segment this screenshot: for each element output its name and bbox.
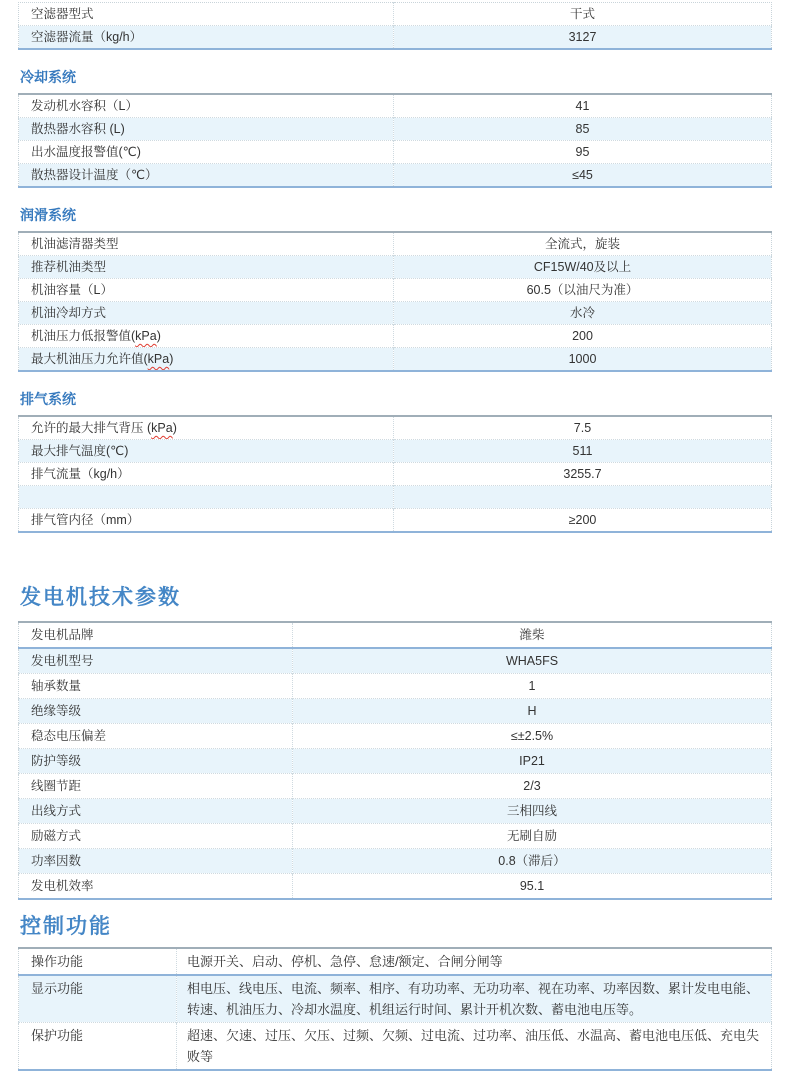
spec-label: 最大机油压力允许值(kPa): [19, 348, 394, 372]
spec-label: 显示功能: [19, 975, 177, 1023]
table-row: 散热器水容积 (L) 85: [19, 118, 772, 141]
spec-value: 95.1: [293, 874, 772, 900]
section-heading-generator: 发电机技术参数: [20, 585, 772, 609]
table-row: 发动机水容积（L） 41: [19, 94, 772, 118]
table-row: 最大排气温度(℃) 511: [19, 440, 772, 463]
table-row: 允许的最大排气背压 (kPa) 7.5: [19, 416, 772, 440]
table-row: 发电机型号 WHA5FS: [19, 648, 772, 674]
spec-value: 95: [394, 141, 772, 164]
control-table: 操作功能 电源开关、启动、停机、急停、怠速/额定、合闸分闸等 显示功能 相电压、…: [18, 947, 772, 1071]
table-row: 稳态电压偏差 ≤±2.5%: [19, 724, 772, 749]
spec-value: 1: [293, 674, 772, 699]
cooling-table: 发动机水容积（L） 41 散热器水容积 (L) 85 出水温度报警值(℃) 95…: [18, 93, 772, 188]
spec-value: 潍柴: [293, 622, 772, 648]
spec-label: 出水温度报警值(℃): [19, 141, 394, 164]
spec-label: 发电机型号: [19, 648, 293, 674]
spec-value: 2/3: [293, 774, 772, 799]
table-row: 励磁方式 无刷自励: [19, 824, 772, 849]
spec-value: 511: [394, 440, 772, 463]
spec-value: 3127: [394, 26, 772, 50]
spec-label: 功率因数: [19, 849, 293, 874]
generator-table: 发电机品牌 潍柴 发电机型号 WHA5FS 轴承数量 1 绝缘等级 H 稳态电压…: [18, 621, 772, 900]
table-row: 最大机油压力允许值(kPa) 1000: [19, 348, 772, 372]
spec-label: 机油冷却方式: [19, 302, 394, 325]
spec-label: 发动机水容积（L）: [19, 94, 394, 118]
table-row: 推荐机油类型 CF15W/40及以上: [19, 256, 772, 279]
table-row: 发电机品牌 潍柴: [19, 622, 772, 648]
table-row: 绝缘等级 H: [19, 699, 772, 724]
spec-value: 全流式，旋装: [394, 232, 772, 256]
spec-label: 排气流量（kg/h）: [19, 463, 394, 486]
spec-value: 3255.7: [394, 463, 772, 486]
table-row: 功率因数 0.8（滞后）: [19, 849, 772, 874]
spec-value: 60.5（以油尺为准）: [394, 279, 772, 302]
spec-value: WHA5FS: [293, 648, 772, 674]
spec-value: 水冷: [394, 302, 772, 325]
lubrication-table: 机油滤清器类型 全流式，旋装 推荐机油类型 CF15W/40及以上 机油容量（L…: [18, 231, 772, 372]
table-row: 显示功能 相电压、线电压、电流、频率、相序、有功功率、无功功率、视在功率、功率因…: [19, 975, 772, 1023]
table-row: 排气管内径（mm） ≥200: [19, 509, 772, 533]
spec-label: 机油容量（L）: [19, 279, 394, 302]
table-row: 散热器设计温度（℃） ≤45: [19, 164, 772, 188]
spec-label: 励磁方式: [19, 824, 293, 849]
spec-value: 7.5: [394, 416, 772, 440]
spec-label: 绝缘等级: [19, 699, 293, 724]
spec-label: 散热器设计温度（℃）: [19, 164, 394, 188]
spec-label: 轴承数量: [19, 674, 293, 699]
spec-value: 相电压、线电压、电流、频率、相序、有功功率、无功功率、视在功率、功率因数、累计发…: [177, 975, 772, 1023]
spec-value: 超速、欠速、过压、欠压、过频、欠频、过电流、过功率、油压低、水温高、蓄电池电压低…: [177, 1023, 772, 1071]
spec-label: 排气管内径（mm）: [19, 509, 394, 533]
spec-value: 85: [394, 118, 772, 141]
spec-value: 干式: [394, 3, 772, 26]
spec-value: 1000: [394, 348, 772, 372]
section-heading-control: 控制功能: [20, 914, 772, 938]
spec-value: H: [293, 699, 772, 724]
spec-label: 线圈节距: [19, 774, 293, 799]
spec-value: 无刷自励: [293, 824, 772, 849]
spec-label: 出线方式: [19, 799, 293, 824]
spec-label: 防护等级: [19, 749, 293, 774]
spec-label: 机油滤清器类型: [19, 232, 394, 256]
table-row: 机油冷却方式 水冷: [19, 302, 772, 325]
spec-value: CF15W/40及以上: [394, 256, 772, 279]
spec-value: 三相四线: [293, 799, 772, 824]
table-row: 机油滤清器类型 全流式，旋装: [19, 232, 772, 256]
table-row: 空滤器流量（kg/h） 3127: [19, 26, 772, 50]
spec-value: 0.8（滞后）: [293, 849, 772, 874]
spec-label: [19, 486, 394, 509]
spec-label: 空滤器流量（kg/h）: [19, 26, 394, 50]
table-row-empty: [19, 486, 772, 509]
spec-label: 发电机效率: [19, 874, 293, 900]
table-row: 防护等级 IP21: [19, 749, 772, 774]
spec-value: ≥200: [394, 509, 772, 533]
spec-value: ≤45: [394, 164, 772, 188]
table-row: 线圈节距 2/3: [19, 774, 772, 799]
spec-value: ≤±2.5%: [293, 724, 772, 749]
spec-value: IP21: [293, 749, 772, 774]
spec-label: 稳态电压偏差: [19, 724, 293, 749]
spec-value: 41: [394, 94, 772, 118]
table-row: 出线方式 三相四线: [19, 799, 772, 824]
table-row: 发电机效率 95.1: [19, 874, 772, 900]
spec-value: 200: [394, 325, 772, 348]
spec-label: 机油压力低报警值(kPa): [19, 325, 394, 348]
table-row: 轴承数量 1: [19, 674, 772, 699]
table-row: 出水温度报警值(℃) 95: [19, 141, 772, 164]
section-heading-exhaust: 排气系统: [20, 392, 772, 409]
spec-value: [394, 486, 772, 509]
table-row: 机油容量（L） 60.5（以油尺为准）: [19, 279, 772, 302]
spec-label: 操作功能: [19, 948, 177, 975]
table-row: 保护功能 超速、欠速、过压、欠压、过频、欠频、过电流、过功率、油压低、水温高、蓄…: [19, 1023, 772, 1071]
spec-label: 允许的最大排气背压 (kPa): [19, 416, 394, 440]
spec-label: 散热器水容积 (L): [19, 118, 394, 141]
spec-label: 最大排气温度(℃): [19, 440, 394, 463]
exhaust-table: 允许的最大排气背压 (kPa) 7.5 最大排气温度(℃) 511 排气流量（k…: [18, 415, 772, 533]
table-row: 排气流量（kg/h） 3255.7: [19, 463, 772, 486]
section-heading-cooling: 冷却系统: [20, 70, 772, 87]
spec-label: 发电机品牌: [19, 622, 293, 648]
section-heading-lubrication: 润滑系统: [20, 208, 772, 225]
spec-label: 空滤器型式: [19, 3, 394, 26]
spec-value: 电源开关、启动、停机、急停、怠速/额定、合闸分闸等: [177, 948, 772, 975]
table-row: 操作功能 电源开关、启动、停机、急停、怠速/额定、合闸分闸等: [19, 948, 772, 975]
table-row: 机油压力低报警值(kPa) 200: [19, 325, 772, 348]
spec-document-page: 空滤器型式 干式 空滤器流量（kg/h） 3127 冷却系统 发动机水容积（L）…: [0, 2, 790, 1081]
spec-label: 推荐机油类型: [19, 256, 394, 279]
air-filter-table: 空滤器型式 干式 空滤器流量（kg/h） 3127: [18, 2, 772, 50]
spec-label: 保护功能: [19, 1023, 177, 1071]
table-row: 空滤器型式 干式: [19, 3, 772, 26]
